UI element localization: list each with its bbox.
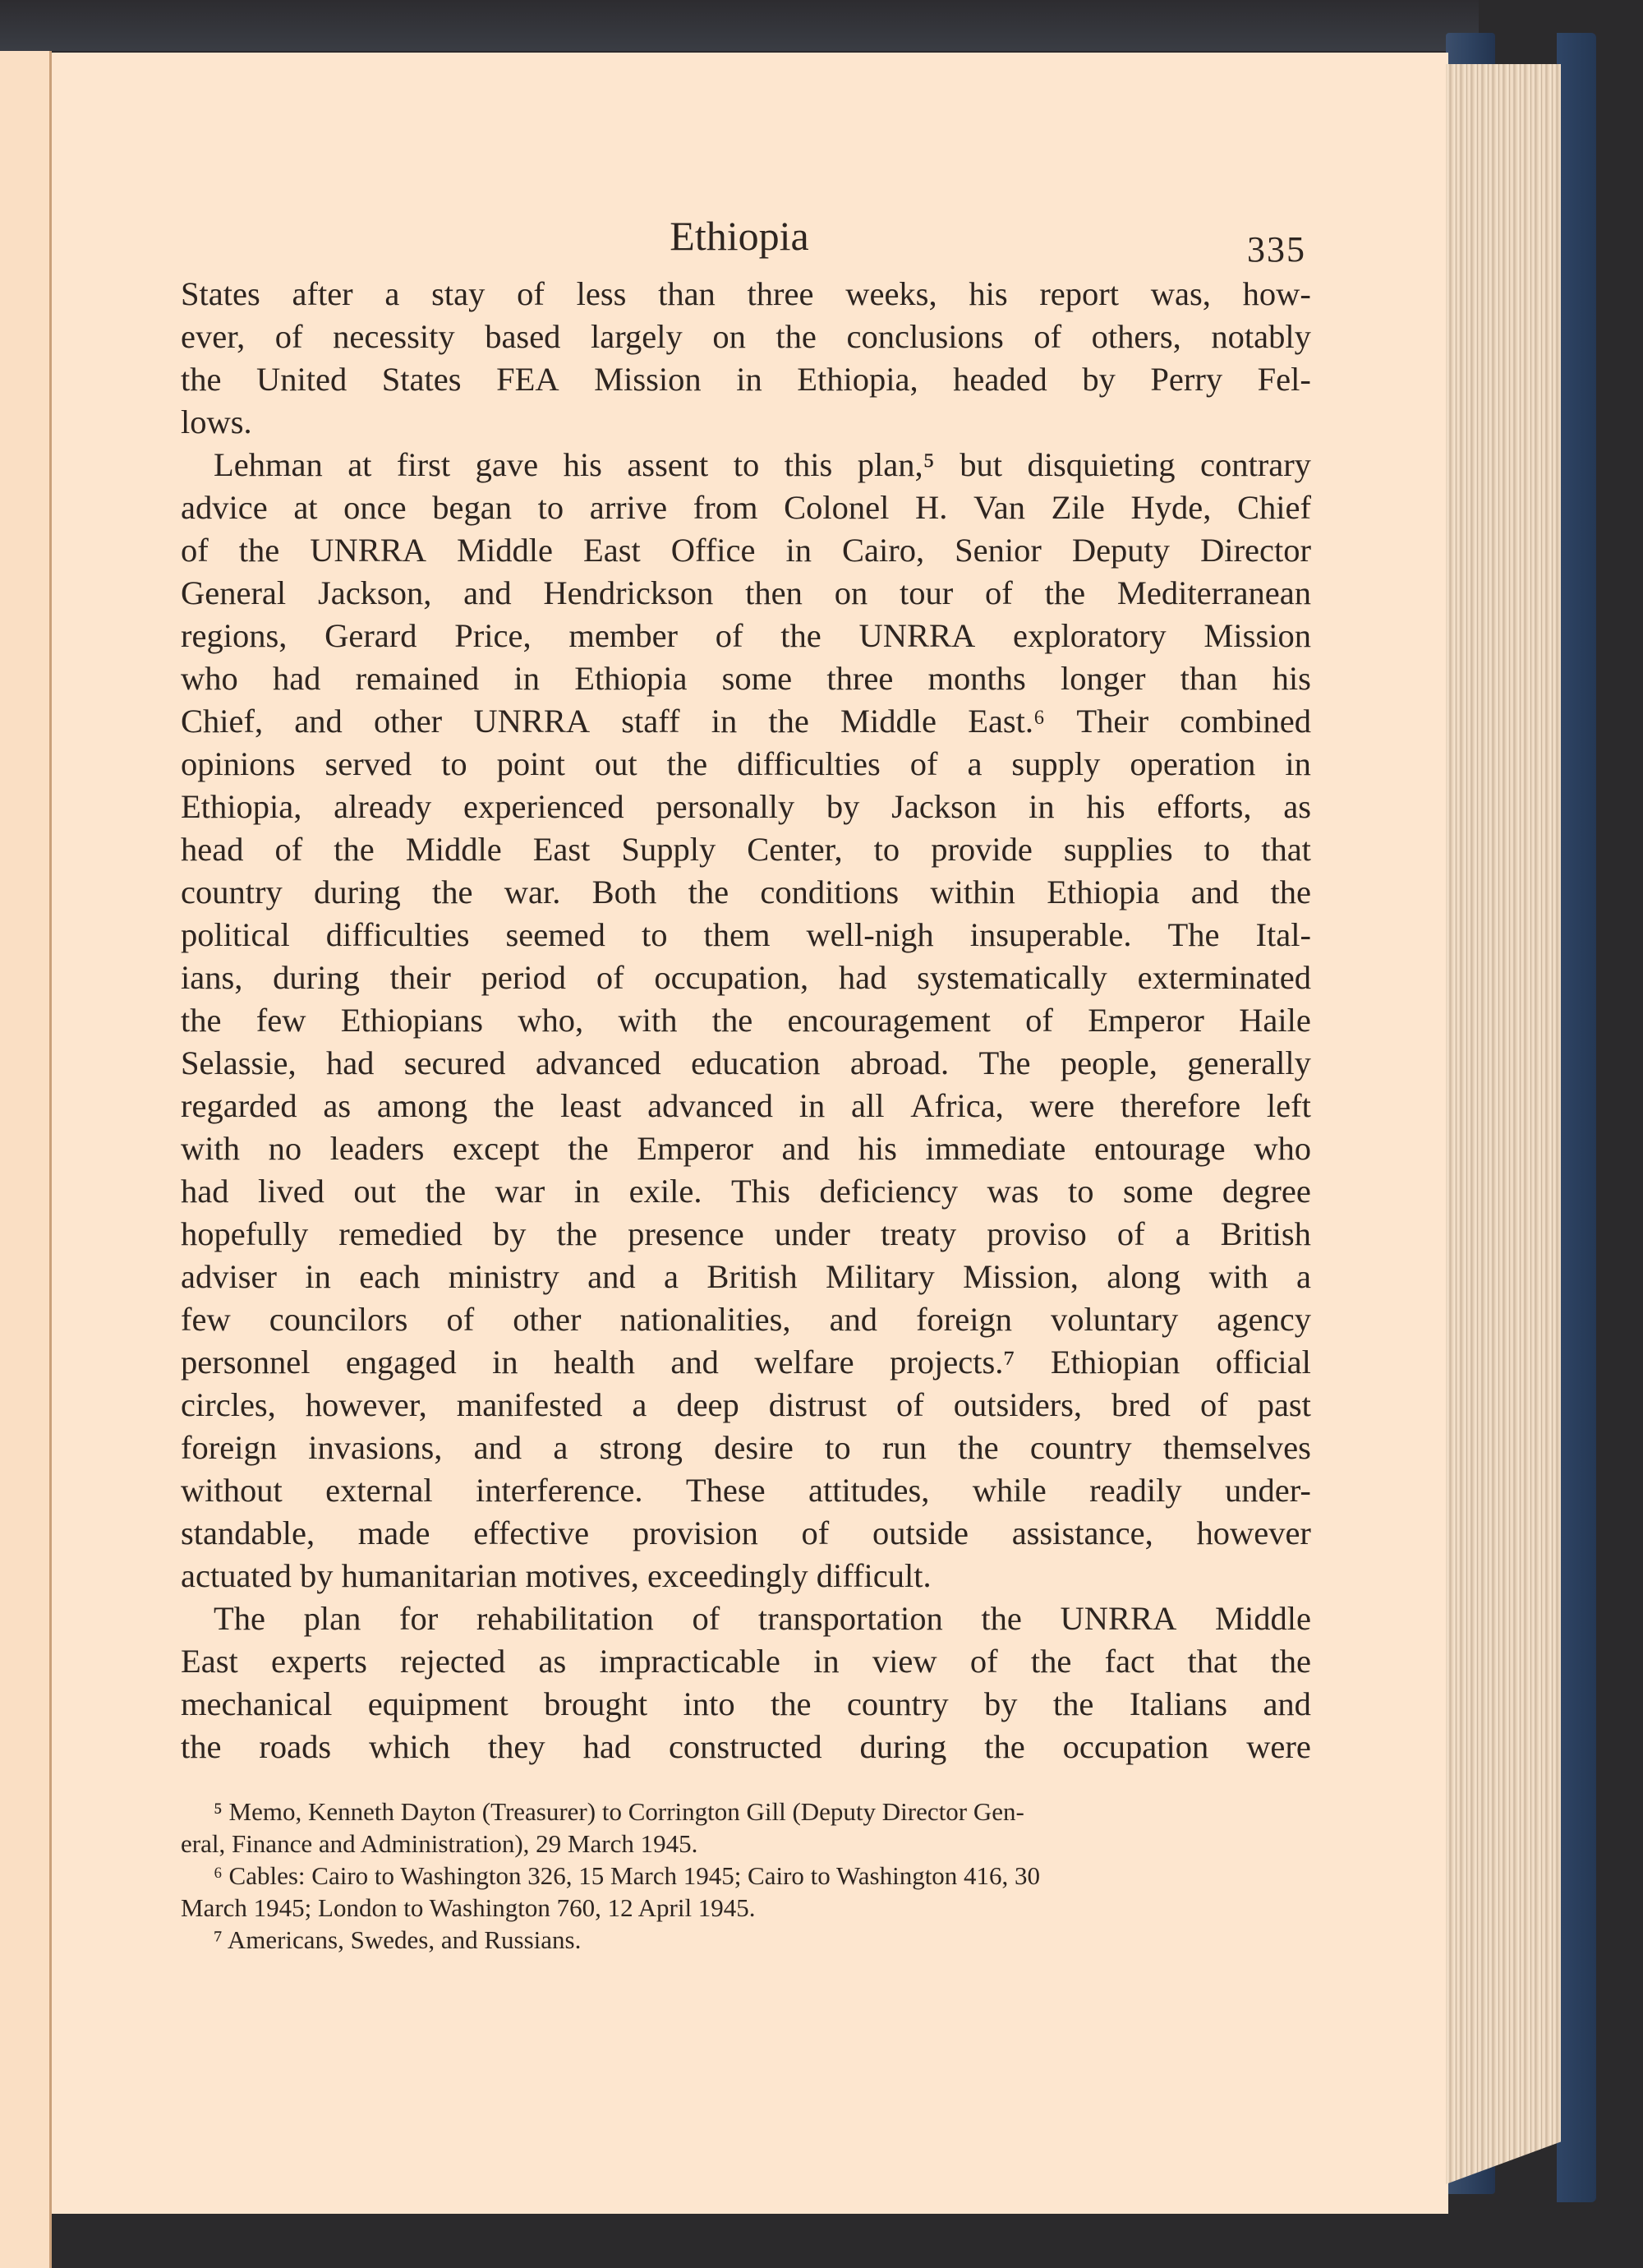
text-line: thefewEthiopianswho,withtheencouragement… [181, 1000, 1311, 1041]
text-line: Selassie,hadsecuredadvancededucationabro… [181, 1043, 1311, 1084]
page-number: 335 [1247, 228, 1306, 270]
text-line: Statesafterastayoflessthanthreeweeks,his… [181, 274, 1311, 315]
text-line: opinionsservedtopointoutthedifficultieso… [181, 744, 1311, 785]
text-line: personnelengagedinhealthandwelfareprojec… [181, 1342, 1311, 1383]
body-text: Statesafterastayoflessthanthreeweeks,his… [181, 274, 1311, 1769]
text-line: theroadswhichtheyhadconstructedduringthe… [181, 1726, 1311, 1768]
footnote-5-line: eral, Finance and Administration), 29 Ma… [181, 1828, 1311, 1860]
text-line: foreigninvasions,andastrongdesiretorunth… [181, 1427, 1311, 1468]
text-line: lows. [181, 402, 1311, 443]
text-line: Theplanforrehabilitationoftransportation… [214, 1598, 1311, 1639]
text-line: GeneralJackson,andHendricksonthenontouro… [181, 573, 1311, 614]
text-line: standable,madeeffectiveprovisionofoutsid… [181, 1513, 1311, 1554]
footnote-5-line: ⁵ Memo, Kenneth Dayton (Treasurer) to Co… [214, 1795, 1311, 1828]
text-line: ians,duringtheirperiodofoccupation,hadsy… [181, 957, 1311, 998]
text-line: whohadremainedinEthiopiasomethreemonthsl… [181, 658, 1311, 699]
text-line: Eastexpertsrejectedasimpracticableinview… [181, 1641, 1311, 1682]
text-line: withoutexternalinterference.Theseattitud… [181, 1470, 1311, 1511]
text-line: headoftheMiddleEastSupplyCenter,toprovid… [181, 829, 1311, 870]
background-top [0, 0, 1479, 51]
text-line: hopefullyremediedbythepresenceundertreat… [181, 1214, 1311, 1255]
text-line: countryduringthewar.Boththeconditionswit… [181, 872, 1311, 913]
book-cover-right [1557, 33, 1596, 2202]
text-line: regions,GerardPrice,memberoftheUNRRAexpl… [181, 615, 1311, 657]
text-line: hadlivedoutthewarinexile.Thisdeficiencyw… [181, 1171, 1311, 1212]
text-line: Lehmanatfirstgavehisassenttothisplan,⁵bu… [214, 445, 1311, 486]
text-line: politicaldifficultiesseemedtothemwell-ni… [181, 915, 1311, 956]
page-stack-fore-edge [1446, 64, 1561, 2184]
text-line: theUnitedStatesFEAMissioninEthiopia,head… [181, 359, 1311, 400]
text-line: adviceatoncebegantoarrivefromColonelH.Va… [181, 487, 1311, 528]
footnote-6-line: March 1945; London to Washington 760, 12… [181, 1892, 1311, 1925]
footnote-7-line: ⁷ Americans, Swedes, and Russians. [214, 1924, 1311, 1957]
footnotes: ⁵ Memo, Kenneth Dayton (Treasurer) to Co… [181, 1795, 1311, 1960]
facing-page-edge [0, 51, 52, 2268]
text-line: fewcouncilorsofothernationalities,andfor… [181, 1299, 1311, 1340]
footnote-6-line: ⁶ Cables: Cairo to Washington 326, 15 Ma… [214, 1860, 1311, 1892]
text-line: Ethiopia,alreadyexperiencedpersonallybyJ… [181, 786, 1311, 827]
text-line: Chief,andotherUNRRAstaffintheMiddleEast.… [181, 701, 1311, 742]
text-line: adviserineachministryandaBritishMilitary… [181, 1256, 1311, 1298]
text-line: regardedasamongtheleastadvancedinallAfri… [181, 1086, 1311, 1127]
running-head-title: Ethiopia [164, 212, 1314, 260]
text-line: actuated by humanitarian motives, exceed… [181, 1556, 1311, 1597]
text-line: oftheUNRRAMiddleEastOfficeinCairo,Senior… [181, 530, 1311, 571]
running-head: Ethiopia 335 [164, 212, 1314, 270]
text-line: withnoleadersexcepttheEmperorandhisimmed… [181, 1128, 1311, 1169]
text-line: ever,ofnecessitybasedlargelyontheconclus… [181, 316, 1311, 357]
text-line: mechanicalequipmentbroughtintothecountry… [181, 1684, 1311, 1725]
text-line: circles,however,manifestedadeepdistrusto… [181, 1385, 1311, 1426]
